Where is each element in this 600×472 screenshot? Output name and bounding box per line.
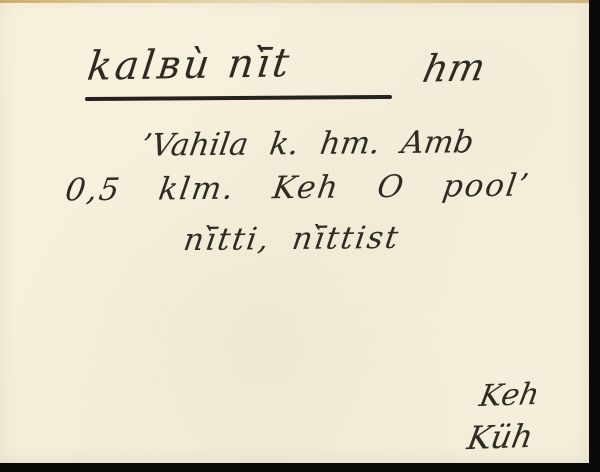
index-card: kalʙù nī̀t hm ’Vahila k. hm. Amb 0,5 klm… [0,0,589,463]
headword-underline [85,95,392,101]
note-line-2: 0,5 klm. Keh O pool’ [63,168,533,209]
scanned-card-image: kalʙù nī̀t hm ’Vahila k. hm. Amb 0,5 klm… [0,0,600,472]
headword: kalʙù nī̀t [85,40,295,90]
headword-annotation: hm [419,45,489,91]
note-line-3: nī̀tti, nī̀ttist [181,220,402,258]
note-line-1: ’Vahila k. hm. Amb [139,124,476,163]
signature-abbreviation-1: Keh [477,377,542,414]
signature-abbreviation-2: Küh [464,417,536,457]
card-top-edge [0,0,589,3]
